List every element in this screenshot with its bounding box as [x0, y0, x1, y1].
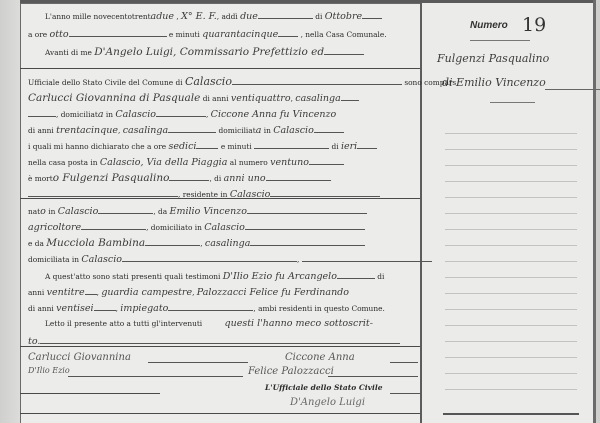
body-line-17: anni ventitre, guardia campestre, Palozz…: [28, 286, 349, 298]
gender-suffix: o: [40, 206, 46, 217]
body-line-5: Carlucci Giovannina di Pasquale di anni …: [28, 92, 359, 104]
fascist-era: X° E. F.: [181, 11, 217, 22]
body-line-6: , domiciliata in Calascio, Ciccone Anna …: [28, 108, 336, 120]
signature-declarant2: Ciccone Anna: [285, 352, 355, 363]
body-line-14: e da Mucciola Bambina, casalinga: [28, 237, 365, 249]
text-domiciliato: , domiciliato in: [146, 223, 202, 232]
death-day: ieri: [341, 141, 357, 152]
year-suffix: adue: [151, 11, 175, 22]
record-minutes: quarantacinque: [202, 29, 278, 40]
record-number: 19: [522, 14, 546, 36]
record-month: Ottobre: [325, 11, 362, 22]
signature-line-5: [390, 393, 420, 394]
text-di: di: [377, 272, 384, 281]
body-line-18: di anni ventisei, impiegato, ambi reside…: [28, 302, 385, 314]
body-line-15: domiciliata in Calascio,: [28, 253, 432, 265]
body-line-8: i quali mi hanno dichiarato che a ore se…: [28, 140, 377, 152]
father-domicile: Calascio: [204, 222, 245, 233]
text-di: di: [315, 12, 322, 21]
deceased-age: anni uno: [224, 173, 266, 184]
signature-line-1: [148, 362, 248, 363]
text-di: , di: [209, 174, 221, 183]
death-minutes: [254, 140, 329, 149]
margin-flourish: [490, 102, 535, 103]
officer-stamp: L'Ufficiale dello Stato Civile: [265, 383, 382, 392]
declarant2-name: Ciccone Anna fu Vincenzo: [211, 109, 337, 120]
witness1-occupation: guardia campestre: [101, 287, 192, 298]
gender-suffix: a: [98, 109, 104, 120]
text-addi: , addì: [217, 12, 238, 21]
text-minuti: e minuti: [221, 142, 252, 151]
body-line-13: agricoltore, domiciliato in Calascio: [28, 221, 365, 233]
house-number: ventuno: [270, 157, 309, 168]
body-line-9: nella casa posta in Calascio, Via della …: [28, 156, 344, 168]
text-a-ore: a ore: [28, 30, 47, 39]
record-day: due: [240, 11, 258, 22]
text-di-anni: di anni: [203, 94, 229, 103]
father-name: Emilio Vincenzo: [170, 206, 247, 217]
residence: Calascio: [230, 189, 271, 200]
text-dichiarato: i quali mi hanno dichiarato che a ore: [28, 142, 166, 151]
declarant1-job: casalinga: [295, 93, 340, 104]
declarant1-name: Carlucci Giovannina di Pasquale: [28, 92, 200, 104]
text-di: di: [331, 142, 338, 151]
declarant2-domicile: Calascio: [273, 125, 314, 136]
closing-statement: questi l'hanno meco sottoscrit-: [225, 318, 373, 329]
witness2-occupation: impiegato: [120, 303, 168, 314]
body-line-16: A quest'atto sono stati presenti quali t…: [45, 270, 384, 282]
text-domiciliat: domiciliat: [219, 126, 256, 135]
text-casa-posta: nella casa posta in: [28, 158, 98, 167]
body-line-7: di anni trentacinque, casalinga domicili…: [28, 124, 344, 136]
body-line-20: to.: [28, 335, 400, 347]
text-comparsi: sono compars: [404, 78, 456, 87]
death-hour: sedici: [168, 141, 196, 152]
header-line-2: a ore otto e minuti quarantacinque , nel…: [28, 28, 387, 40]
text-residente: , residente in: [178, 190, 227, 199]
margin-name-stroke: [545, 89, 600, 90]
signature-line-2: [390, 362, 418, 363]
witness2-age: ventisei: [56, 303, 94, 314]
mother-domicile: Calascio: [81, 254, 122, 265]
deceased-name: o Fulgenzi Pasqualino: [53, 172, 170, 184]
record-number-label: Numero: [470, 20, 508, 31]
separator-1: [20, 68, 420, 69]
text-anni: anni: [28, 288, 44, 297]
body-line-19: Letto il presente atto a tutti gl'interv…: [45, 319, 373, 329]
officer-name: D'Angelo Luigi, Commissario Prefettizio …: [94, 46, 324, 58]
body-line-11: , residente in Calascio: [28, 188, 380, 200]
closing-continuation: to.: [28, 336, 40, 347]
body-line-12: nato in Calascio, da Emilio Vincenzo: [28, 205, 367, 217]
birthplace: Calascio: [58, 206, 99, 217]
header-line-3: Avanti di me D'Angelo Luigi, Commissario…: [45, 46, 364, 58]
father-occupation: agricoltore: [28, 222, 81, 233]
comune-name: Calascio: [185, 75, 232, 88]
separator-4: [20, 393, 160, 394]
margin-father-name: di Emilio Vincenzo: [442, 76, 546, 89]
separator-5: [20, 413, 420, 414]
text-in: in: [106, 110, 113, 119]
text-ufficiale: Ufficiale dello Stato Civile del Comune …: [28, 78, 183, 87]
text-letto: Letto il presente atto a tutti gl'interv…: [45, 319, 202, 328]
witness2-name: Palozzacci Felice fu Ferdinando: [197, 287, 349, 298]
witness1-name: D'Ilio Ezio fu Arcangelo: [223, 271, 337, 282]
signature-officer: D'Angelo Luigi: [290, 397, 365, 408]
text-residenti: , ambi residenti in questo Comune.: [253, 304, 384, 313]
number-underline: [470, 40, 530, 41]
text-da: , da: [153, 207, 167, 216]
declarant2-job: casalinga: [123, 125, 168, 136]
body-line-4: Ufficiale dello Stato Civile del Comune …: [28, 76, 456, 88]
text-e-da: e da: [28, 239, 44, 248]
mother-name: Mucciola Bambina: [46, 237, 145, 249]
margin-deceased-name: Fulgenzi Pasqualino: [437, 52, 549, 65]
text-in: in: [264, 126, 271, 135]
body-line-10: è morto Fulgenzi Pasqualino, di anni uno: [28, 172, 331, 184]
header-line-1: L'anno mille novecentotrentadue , X° E. …: [45, 10, 382, 22]
signature-witness2: Felice Palozzacci: [248, 366, 334, 377]
text-di-anni: di anni: [28, 126, 54, 135]
page-right-edge: [596, 0, 600, 423]
declarant2-age: trentacinque: [56, 125, 118, 136]
text-minuti: e minuti: [169, 30, 200, 39]
mother-occupation: casalinga: [205, 238, 250, 249]
text-anno: L'anno mille novecentotrent: [45, 12, 151, 21]
text-avanti: Avanti di me: [45, 48, 92, 57]
text-nato: nat: [28, 207, 40, 216]
signature-witness1: D'Ilio Ezio: [28, 366, 70, 375]
text-morto: è mort: [28, 174, 53, 183]
binding-shadow: [0, 0, 20, 423]
text-in: in: [48, 207, 55, 216]
declarant1-domicile: Calascio: [115, 109, 156, 120]
text-domiciliat: , domiciliat: [56, 110, 98, 119]
declarant1-age: ventiquattro: [231, 93, 291, 104]
witness1-age: ventitre: [47, 287, 85, 298]
text-domiciliata: domiciliata in: [28, 255, 79, 264]
signature-line-4: [328, 376, 418, 377]
record-hour: otto: [49, 29, 68, 40]
text-comma: ,: [176, 12, 178, 21]
signature-line-3: [68, 376, 243, 377]
text-di-anni: di anni: [28, 304, 54, 313]
gender-suffix: a: [256, 125, 262, 136]
signature-declarant1: Carlucci Giovannina: [28, 352, 131, 363]
text-casa-comunale: , nella Casa Comunale.: [301, 30, 387, 39]
text-numero: al numero: [230, 158, 268, 167]
text-testimoni: A quest'atto sono stati presenti quali t…: [45, 272, 220, 281]
death-place: Calascio, Via della Piaggia: [100, 157, 227, 168]
